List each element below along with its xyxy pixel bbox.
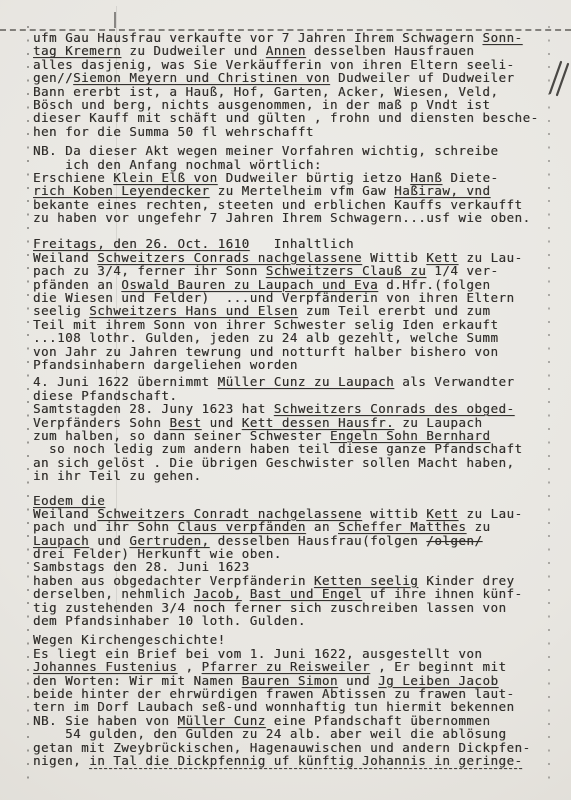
text-line: tag Kremern zu Dudweiler und Annen desse… xyxy=(33,44,539,57)
scanned-page: ufm Gau Hausfrau verkaufte vor 7 Jahren … xyxy=(0,0,571,800)
text-line: Freitags, den 26. Oct. 1610 Inhaltlich xyxy=(33,237,539,250)
paragraph-block-6: Wegen Kirchengeschichte!Es liegt ein Bri… xyxy=(33,633,539,767)
text-line: Pfandsinhabern dargeliehen worden xyxy=(33,358,539,371)
text-line: zu haben vor ungefehr 7 Jahren Ihrem Sch… xyxy=(33,211,539,224)
underlined-text: Müller Cunz zu Laupach xyxy=(218,374,395,389)
handwritten-mark xyxy=(546,58,571,98)
text-line: zum halben, so dann seiner Schwester Eng… xyxy=(33,429,539,442)
underlined-text: Sonn- xyxy=(482,30,522,45)
text-line: Bösch und berg, nichts ausgenommen, in d… xyxy=(33,98,539,111)
text-line: 4. Juni 1622 übernimmt Müller Cunz zu La… xyxy=(33,375,539,388)
text-line: Es liegt ein Brief bei vom 1. Juni 1622,… xyxy=(33,647,539,660)
text-line: alles dasjenig, was Sie Verkäufferin von… xyxy=(33,58,539,71)
text-line: bekante eines rechten, steeten und erbli… xyxy=(33,198,539,211)
text-line: Bann ererbt ist, a Hauß, Hof, Garten, Ac… xyxy=(33,85,539,98)
text-segment: hen for die Summa 50 fl wehrschafft xyxy=(33,124,314,139)
text-line: diese Pfandschaft. xyxy=(33,389,539,402)
text-line: drei Felder) Herkunft wie oben. xyxy=(33,547,539,560)
text-line: derselben, nehmlich Jacob, Bast und Enge… xyxy=(33,587,539,600)
text-line: haben aus obgedachter Verpfänderin Kette… xyxy=(33,574,539,587)
text-segment: nigen, xyxy=(33,753,89,768)
paragraph-block-1: ufm Gau Hausfrau verkaufte vor 7 Jahren … xyxy=(33,31,539,138)
text-line: von Jahr zu Jahren tewrung und notturft … xyxy=(33,345,539,358)
text-line: 54 gulden, den Gulden zu 24 alb. aber we… xyxy=(33,727,539,740)
text-line: pfänden an Oswald Bauren zu Laupach und … xyxy=(33,278,539,291)
text-line: NB. Da dieser Akt wegen meiner Vorfahren… xyxy=(33,144,539,157)
text-segment: zu haben vor ungefehr 7 Jahren Ihrem Sch… xyxy=(33,210,531,225)
text-line: dem Pfandsinhaber 10 loth. Gulden. xyxy=(33,614,539,627)
paragraph-block-4: 4. Juni 1622 übernimmt Müller Cunz zu La… xyxy=(33,375,539,482)
text-line: die Wiesen und Felder) ...und Verpfänder… xyxy=(33,291,539,304)
text-line: nigen, in Tal die Dickpfennig uf künftig… xyxy=(33,754,539,767)
text-line: Samtstagden 28. Juny 1623 hat Schweitzer… xyxy=(33,402,539,415)
text-line: Wegen Kirchengeschichte! xyxy=(33,633,539,646)
paragraph-block-3: Freitags, den 26. Oct. 1610 InhaltlichWe… xyxy=(33,237,539,371)
underlined-text: in Tal die Dickpfennig uf künftig Johann… xyxy=(89,753,522,768)
text-line: tern im Dorf Laubach seß-und wonnhaftig … xyxy=(33,700,539,713)
text-line: ich den Anfang nochmal wörtlich: xyxy=(33,158,539,171)
text-line: dieser Kauff mit schäft und gülten , fro… xyxy=(33,111,539,124)
right-perforation-dots xyxy=(548,26,550,790)
text-line: in ihr Teil zu gehen. xyxy=(33,469,539,482)
text-line: pach und ihr Sohn Claus verpfänden an Sc… xyxy=(33,520,539,533)
left-perforation-dots xyxy=(27,26,29,790)
paragraph-block-2: NB. Da dieser Akt wegen meiner Vorfahren… xyxy=(33,144,539,224)
document-text: ufm Gau Hausfrau verkaufte vor 7 Jahren … xyxy=(33,31,539,767)
text-line: den Worten: Wir mit Namen Bauren Simon u… xyxy=(33,674,539,687)
text-line: Erschiene Klein Elß von Dudweiler bürtig… xyxy=(33,171,539,184)
text-line: Weiland Schweitzers Conradt nachgelassen… xyxy=(33,507,539,520)
text-segment: Pfandsinhabern dargeliehen worden xyxy=(33,357,298,372)
text-line: hen for die Summa 50 fl wehrschafft xyxy=(33,125,539,138)
text-segment: als Verwandter xyxy=(394,374,514,389)
text-line: ufm Gau Hausfrau verkaufte vor 7 Jahren … xyxy=(33,31,539,44)
text-line: beide hinter der ehrwürdigen frawen Abti… xyxy=(33,687,539,700)
text-line: an sich gelöst . Die übrigen Geschwister… xyxy=(33,456,539,469)
text-line: seelig Schweitzers Hans und Elsen zum Te… xyxy=(33,304,539,317)
text-line: gen//Siemon Meyern und Christinen von Du… xyxy=(33,71,539,84)
text-segment: /olgen/ xyxy=(426,533,482,548)
paragraph-block-5: Eodem dieWeiland Schweitzers Conradt nac… xyxy=(33,494,539,628)
text-line: Eodem die xyxy=(33,494,539,507)
text-line: Sambstags den 28. Juni 1623 xyxy=(33,560,539,573)
text-line: NB. Sie haben von Müller Cunz eine Pfand… xyxy=(33,714,539,727)
text-line: getan mit Zweybrückischen, Hagenauwische… xyxy=(33,741,539,754)
text-line: tig zustehenden 3/4 noch ferner sich zus… xyxy=(33,601,539,614)
text-segment: dem Pfandsinhaber 10 loth. Gulden. xyxy=(33,613,306,628)
text-line: rich Koben Leyendecker zu Mertelheim vfm… xyxy=(33,184,539,197)
text-line: pach zu 3/4, ferner ihr Sonn Schweitzers… xyxy=(33,264,539,277)
text-line: ...108 lothr. Gulden, jeden zu 24 alb ge… xyxy=(33,331,539,344)
text-line: Verpfänders Sohn Best und Kett dessen Ha… xyxy=(33,416,539,429)
text-line: Weiland Schweitzers Conrads nachgelassen… xyxy=(33,251,539,264)
text-line: Laupach und Gertruden, desselben Hausfra… xyxy=(33,534,539,547)
text-segment: in ihr Teil zu gehen. xyxy=(33,468,202,483)
text-line: Teil mit ihrem Sonn von ihrer Schwester … xyxy=(33,318,539,331)
text-line: Johannes Fustenius , Pfarrer zu Reisweil… xyxy=(33,660,539,673)
text-line: so noch ledig zum andern haben teil dies… xyxy=(33,442,539,455)
